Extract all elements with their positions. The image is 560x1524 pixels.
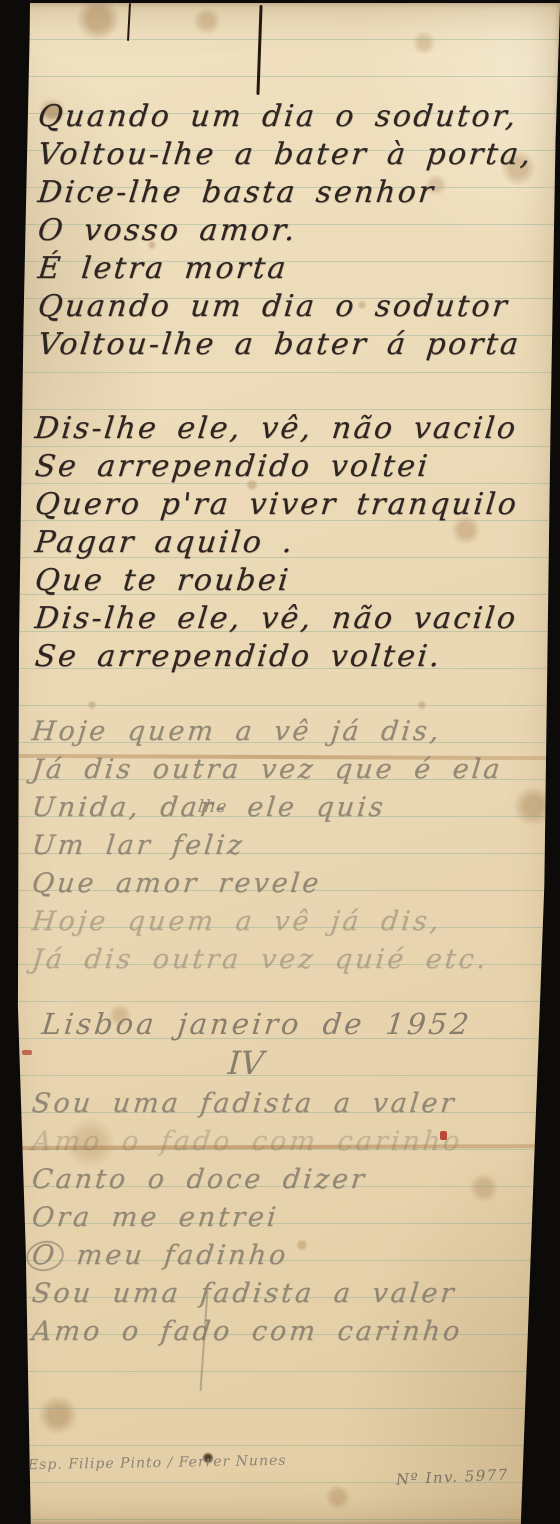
poem-line: Amo o fado com carinho [30,1123,464,1161]
poem-line: Unida, dar- ele quis [30,789,504,827]
poem-line: Hoje quem a vê já dis, [30,713,504,751]
attribution-note: Esp. Filipe Pinto / Ferrer Nunes [28,1453,287,1474]
inventory-number: Nº Inv. 5977 [396,1467,510,1489]
stanza-4: Sou uma fadista a valer Amo o fado com c… [30,1085,460,1351]
poem-line: Já dis outra vez quié etc. [30,941,504,979]
stanza-1: Quando um dia o sodutor, Voltou-lhe a ba… [36,98,531,364]
manuscript-paper: Quando um dia o sodutor, Voltou-lhe a ba… [0,3,560,1524]
poem-line: Pagar aquilo . [33,524,520,562]
poem-line: Que amor revele [30,865,504,903]
poem-line: O meu fadinho [30,1237,464,1275]
inserted-word: lhe [197,799,228,816]
poem-line: Um lar feliz [30,827,504,865]
poem-line: Hoje quem a vê já dis, [30,903,504,941]
poem-line: Quando um dia o sodutor, [36,98,535,136]
paper-tear [127,3,131,41]
dateline: Lisboa janeiro de 1952 [40,1005,474,1043]
red-mark [22,1050,32,1055]
poem-line: Voltou-lhe a bater á porta [36,326,535,364]
poem-line: Se arrependido voltei [33,448,520,486]
poem-line: Quero p'ra viver tranquilo [33,486,520,524]
poem-line: Dice-lhe basta senhor [36,174,535,212]
poem-line: O vosso amor. [36,212,535,250]
stanza-2: Dis-lhe ele, vê, não vacilo Se arrependi… [33,410,516,676]
poem-line: Dis-lhe ele, vê, não vacilo [33,600,520,638]
poem-line: Canto o doce dizer [30,1161,464,1199]
scan-background: Quando um dia o sodutor, Voltou-lhe a ba… [0,0,560,1524]
poem-line: Voltou-lhe a bater à porta, [36,136,535,174]
poem-line: Sou uma fadista a valer [30,1275,464,1313]
poem-line: Já dis outra vez que é ela [30,751,504,789]
stanza-3: Hoje quem a vê já dis, Já dis outra vez … [30,713,501,979]
poem-line: Amo o fado com carinho [30,1313,464,1351]
section-numeral: IV [227,1045,265,1081]
poem-line: Que te roubei [33,562,520,600]
poem-line: Ora me entrei [30,1199,464,1237]
poem-line: Quando um dia o sodutor [36,288,535,326]
paper-tear [256,5,262,95]
poem-line: É letra morta [36,250,535,288]
poem-line: Se arrependido voltei. [33,638,520,676]
poem-line: Dis-lhe ele, vê, não vacilo [33,410,520,448]
poem-line: Sou uma fadista a valer [30,1085,464,1123]
